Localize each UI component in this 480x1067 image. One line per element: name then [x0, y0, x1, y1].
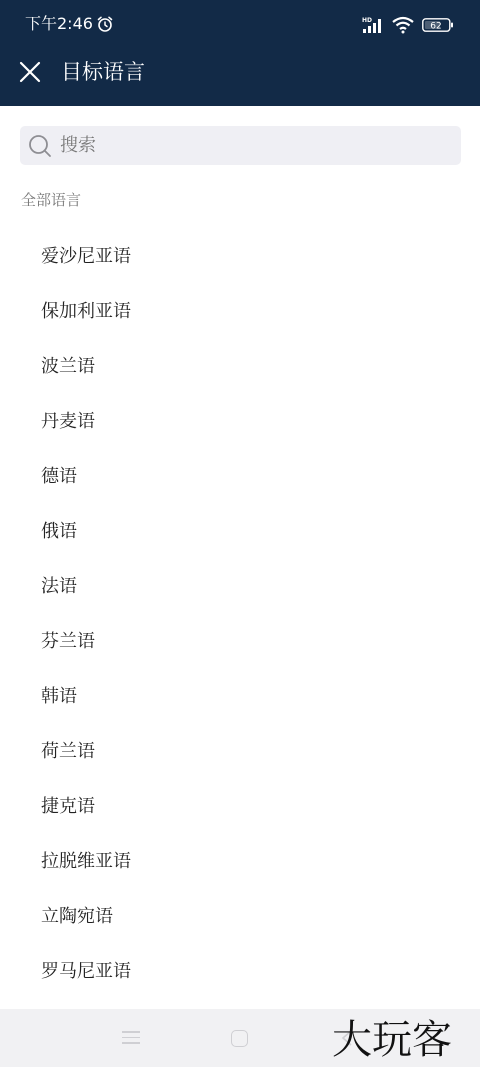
- language-item[interactable]: 罗马尼亚语: [0, 942, 480, 997]
- svg-text:HD: HD: [362, 17, 372, 24]
- search-icon: [28, 134, 52, 158]
- language-item[interactable]: 丹麦语: [0, 392, 480, 447]
- language-item[interactable]: 荷兰语: [0, 722, 480, 777]
- language-item[interactable]: 立陶宛语: [0, 887, 480, 942]
- battery-icon: 62: [422, 18, 454, 32]
- language-item[interactable]: 爱沙尼亚语: [0, 227, 480, 282]
- menu-icon[interactable]: [122, 1031, 140, 1047]
- language-label: 德语: [41, 462, 77, 488]
- search-input[interactable]: [60, 126, 450, 165]
- app-header: 目标语言: [0, 48, 480, 106]
- signal-icon: HD: [362, 16, 384, 34]
- language-label: 捷克语: [41, 792, 95, 818]
- language-label: 立陶宛语: [41, 902, 113, 928]
- language-item[interactable]: 保加利亚语: [0, 282, 480, 337]
- status-time: 下午2:46: [25, 14, 93, 34]
- language-item[interactable]: 捷克语: [0, 777, 480, 832]
- status-icons: HD 62: [362, 14, 454, 36]
- language-label: 荷兰语: [41, 737, 95, 763]
- language-item[interactable]: 德语: [0, 447, 480, 502]
- system-nav-bar: 大玩客: [0, 1009, 480, 1067]
- language-label: 拉脱维亚语: [41, 847, 131, 873]
- top-bar: 下午2:46 HD: [0, 0, 480, 106]
- home-icon[interactable]: [231, 1030, 248, 1047]
- language-label: 波兰语: [41, 352, 95, 378]
- svg-text:62: 62: [430, 22, 441, 32]
- section-label-all-languages: 全部语言: [21, 190, 81, 210]
- language-label: 俄语: [41, 517, 77, 543]
- close-icon[interactable]: [18, 60, 42, 84]
- language-label: 罗马尼亚语: [41, 957, 131, 983]
- language-label: 丹麦语: [41, 407, 95, 433]
- alarm-icon: [96, 15, 114, 33]
- watermark-text: 大玩客: [332, 1015, 452, 1065]
- language-label: 芬兰语: [41, 627, 95, 653]
- language-item[interactable]: 芬兰语: [0, 612, 480, 667]
- language-label: 保加利亚语: [41, 297, 131, 323]
- language-label: 韩语: [41, 682, 77, 708]
- language-item[interactable]: 法语: [0, 557, 480, 612]
- language-item[interactable]: 俄语: [0, 502, 480, 557]
- wifi-icon: [391, 16, 415, 34]
- status-bar: 下午2:46 HD: [0, 0, 480, 48]
- page-title: 目标语言: [61, 57, 145, 87]
- language-label: 法语: [41, 572, 77, 598]
- language-item[interactable]: 波兰语: [0, 337, 480, 392]
- language-label: 爱沙尼亚语: [41, 242, 131, 268]
- search-box[interactable]: [20, 126, 461, 165]
- language-item[interactable]: 韩语: [0, 667, 480, 722]
- language-list: 爱沙尼亚语 保加利亚语 波兰语 丹麦语 德语 俄语 法语 芬兰语 韩语 荷兰语 …: [0, 227, 480, 997]
- language-item[interactable]: 拉脱维亚语: [0, 832, 480, 887]
